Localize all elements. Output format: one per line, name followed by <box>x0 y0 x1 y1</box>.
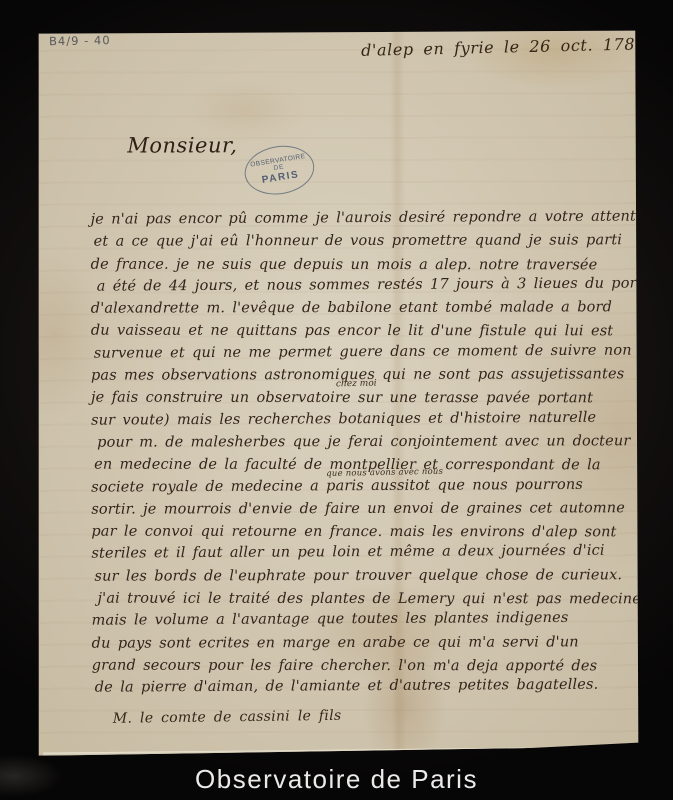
letter-line: et a ce que j'ai eû l'honneur de vous pr… <box>94 230 639 254</box>
letter-line: d'alexandrette m. l'evêque de babilone e… <box>91 296 639 320</box>
letter-line: mais le volume a l'avantage que toutes l… <box>92 607 640 632</box>
paper-edge-highlight <box>43 748 525 758</box>
caption-bar: Observatoire de Paris <box>0 759 673 800</box>
letter-line: survenue et qui ne me permet guere dans … <box>94 339 639 364</box>
scanned-letter-photo: B4/9 - 40 d'alep en fyrie le 26 oct. 178… <box>0 0 673 800</box>
letter-line: steriles et il faut aller un peu loin et… <box>91 540 639 565</box>
letter-salutation: Monsieur, <box>127 133 237 157</box>
letter-line: du pays sont ecrites en marge en arabe c… <box>92 631 640 655</box>
letter-paper: B4/9 - 40 d'alep en fyrie le 26 oct. 178… <box>35 29 639 756</box>
letter-line: je n'ai pas encor pû comme je l'aurois d… <box>90 205 638 230</box>
letter-line: sortir. je mourrois d'envie de faire un … <box>91 497 639 521</box>
interline-insert: chez moi <box>336 379 377 390</box>
letter-line: sur les bords de l'euphrate pour trouver… <box>94 564 639 588</box>
letter-body: je n'ai pas encor pû comme je l'aurois d… <box>91 207 640 699</box>
observatoire-stamp: OBSERVATOIRE DE PARIS <box>241 141 318 200</box>
letter-line: sur voute) mais les recherches botanique… <box>91 406 639 431</box>
letter-line: a été de 44 jours, et nous sommes restés… <box>97 272 639 297</box>
letter-dateline: d'alep en fyrie le 26 oct. 1781 <box>361 34 646 60</box>
stamp-line-3: PARIS <box>261 169 300 186</box>
letter-line: pour m. de malesherbes que je ferai conj… <box>97 430 639 454</box>
letter-footer-note: M. le comte de cassini le fils <box>113 708 342 727</box>
archive-shelfmark: B4/9 - 40 <box>49 33 111 48</box>
caption-text: Observatoire de Paris <box>195 764 478 795</box>
letter-line: de la pierre d'aiman, de l'amiante et d'… <box>95 674 640 699</box>
